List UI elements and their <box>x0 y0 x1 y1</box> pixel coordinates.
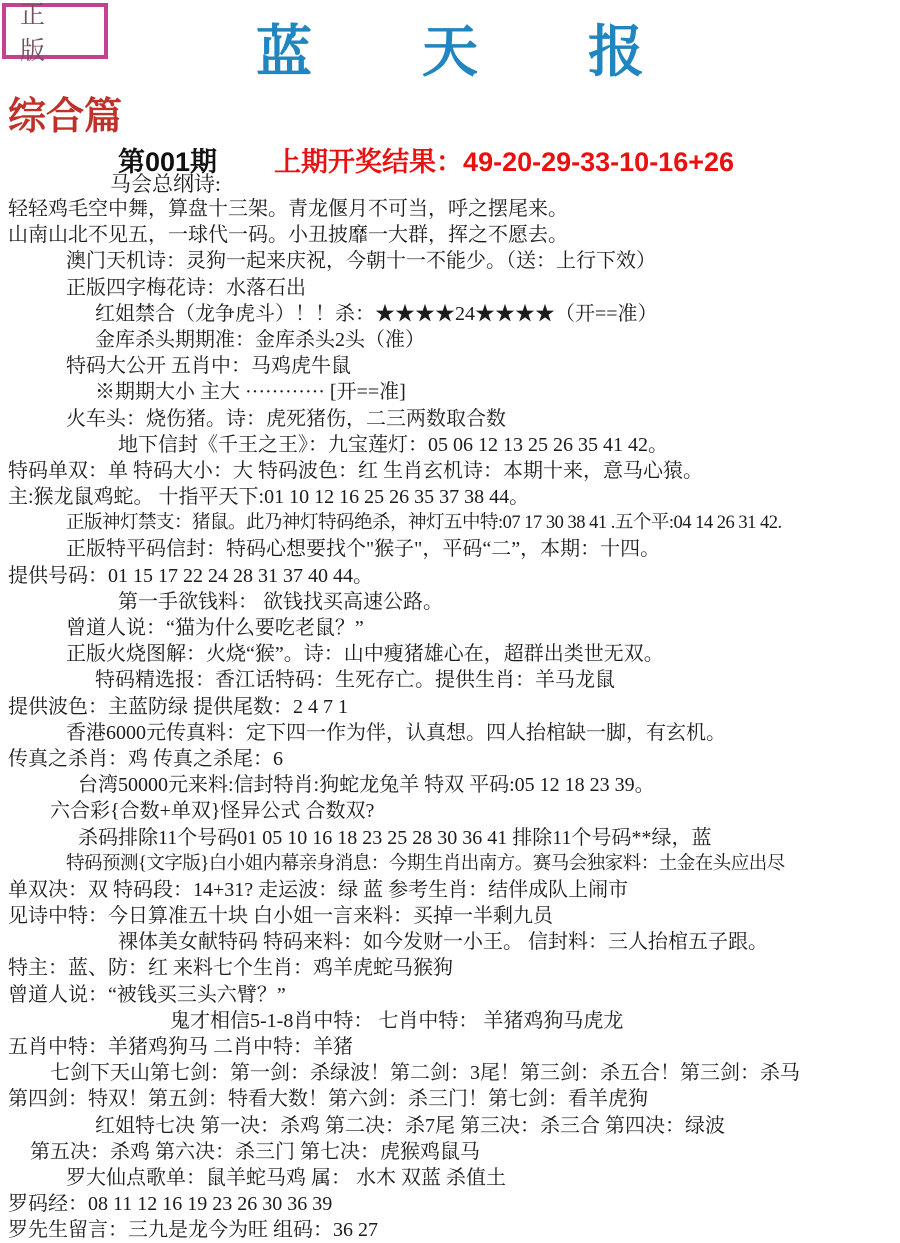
text-line: 特码预测{文字版}白小姐内幕亲身消息：今期生肖出南方。赛马会独家料：土金在头应出… <box>66 851 900 877</box>
text-line: 香港6000元传真料：定下四一作为伴，认真想。四人抬棺缺一脚，有玄机。 <box>66 720 900 746</box>
text-line: 正版四字梅花诗：水落石出 <box>66 275 900 301</box>
text-line: 传真之杀肖：鸡 传真之杀尾：6 <box>8 746 900 772</box>
text-line: 单双决：双 特码段：14+31? 走运波：绿 蓝 参考生肖：结伴成队上闹市 <box>8 877 900 903</box>
text-line: 第一手欲钱料： 欲钱找买高速公路。 <box>118 589 900 615</box>
text-line: 第四剑：特双！第五剑：特看大数！第六剑：杀三门！第七剑：看羊虎狗 <box>8 1086 900 1112</box>
text-line: 红姐特七决 第一决：杀鸡 第二决：杀7尾 第三决：杀三合 第四决：绿波 <box>95 1113 900 1139</box>
edition-badge-label: 正 版 <box>20 0 104 67</box>
text-line: 主:猴龙鼠鸡蛇。 十指平天下:01 10 12 16 25 26 35 37 3… <box>8 484 900 510</box>
text-line: 轻轻鸡毛空中舞，算盘十三架。青龙偃月不可当，呼之摆尾来。 <box>8 196 900 222</box>
text-line: 特码大公开 五肖中：马鸡虎牛鼠 <box>66 353 900 379</box>
text-line: 台湾50000元来料:信封特肖:狗蛇龙兔羊 特双 平码:05 12 18 23 … <box>78 772 900 798</box>
text-line: 曾道人说：“被钱买三头六臂？” <box>8 982 900 1008</box>
last-draw-result: 上期开奖结果：49-20-29-33-10-16+26 <box>274 140 734 179</box>
text-line: 提供号码：01 15 17 22 24 28 31 37 40 44。 <box>8 563 900 589</box>
text-line: 杀码排除11个号码01 05 10 16 18 23 25 28 30 36 4… <box>78 825 900 851</box>
text-line: 火车头：烧伤猪。诗：虎死猪伤，二三两数取合数 <box>66 406 900 432</box>
text-line: 特主：蓝、防：红 来料七个生肖：鸡羊虎蛇马猴狗 <box>8 955 900 981</box>
text-line: 七剑下天山第七剑：第一剑：杀绿波！第二剑：3尾！第三剑：杀五合！第三剑：杀马 <box>50 1060 900 1086</box>
issue-row: 第001期 上期开奖结果：49-20-29-33-10-16+26 <box>118 140 900 172</box>
edition-badge: 正 版 <box>2 3 108 59</box>
text-line: 山南山北不见五，一球代一码。小丑披靡一大群，挥之不愿去。 <box>8 222 900 248</box>
text-line: 六合彩{合数+单双}怪异公式 合数双? <box>50 798 900 824</box>
page-title: 蓝 天 报 <box>0 0 900 92</box>
text-line: 正版火烧图解：火烧“猴”。诗：山中瘦猪雄心在，超群出类世无双。 <box>66 641 900 667</box>
body-lines: 轻轻鸡毛空中舞，算盘十三架。青龙偃月不可当，呼之摆尾来。 山南山北不见五，一球代… <box>0 196 900 1243</box>
text-line: 澳门天机诗：灵狗一起来庆祝，今朝十一不能少。（送：上行下效） <box>66 248 900 274</box>
text-line: ※期期大小 主大 ············ [开==准] <box>95 379 900 405</box>
newspaper-page: 正 版 蓝 天 报 综合篇 第001期 上期开奖结果：49-20-29-33-1… <box>0 0 900 1243</box>
text-line: 裸体美女献特码 特码来料：如今发财一小王。 信封料：三人抬棺五子跟。 <box>118 929 900 955</box>
text-line: 红姐禁合（龙争虎斗）！！杀：★★★★24★★★★（开==准） <box>95 301 900 327</box>
text-line: 提供波色：主蓝防绿 提供尾数：2 4 7 1 <box>8 694 900 720</box>
text-line: 特码单双：单 特码大小：大 特码波色：红 生肖玄机诗：本期十来，意马心猿。 <box>8 458 900 484</box>
text-line: 正版特平码信封：特码心想要找个"猴子"，平码“二”，本期：十四。 <box>66 536 900 562</box>
text-line: 曾道人说：“猫为什么要吃老鼠？” <box>66 615 900 641</box>
text-line: 特码精选报：香江话特码：生死存亡。提供生肖：羊马龙鼠 <box>95 667 900 693</box>
text-line: 罗码经：08 11 12 16 19 23 26 30 36 39 <box>8 1191 900 1217</box>
text-line: 罗大仙点歌单：鼠羊蛇马鸡 属： 水木 双蓝 杀值土 <box>66 1165 900 1191</box>
text-line: 鬼才相信5-1-8肖中特： 七肖中特： 羊猪鸡狗马虎龙 <box>170 1008 900 1034</box>
section-title: 综合篇 <box>8 94 900 140</box>
text-line: 第五决：杀鸡 第六决：杀三门 第七决：虎猴鸡鼠马 <box>30 1139 900 1165</box>
text-line: 正版神灯禁支：猪鼠。此乃神灯特码绝杀，神灯五中特:07 17 30 38 41 … <box>66 510 900 536</box>
text-line: 五肖中特：羊猪鸡狗马 二肖中特：羊猪 <box>8 1034 900 1060</box>
text-line: 见诗中特：今日算准五十块 白小姐一言来料：买掉一半剩九员 <box>8 903 900 929</box>
text-line: 罗先生留言：三九是龙今为旺 组码：36 27 <box>8 1217 900 1243</box>
text-line: 金库杀头期期准：金库杀头2头（准） <box>95 327 900 353</box>
text-line: 地下信封《千王之王》：九宝莲灯：05 06 12 13 25 26 35 41 … <box>118 432 900 458</box>
